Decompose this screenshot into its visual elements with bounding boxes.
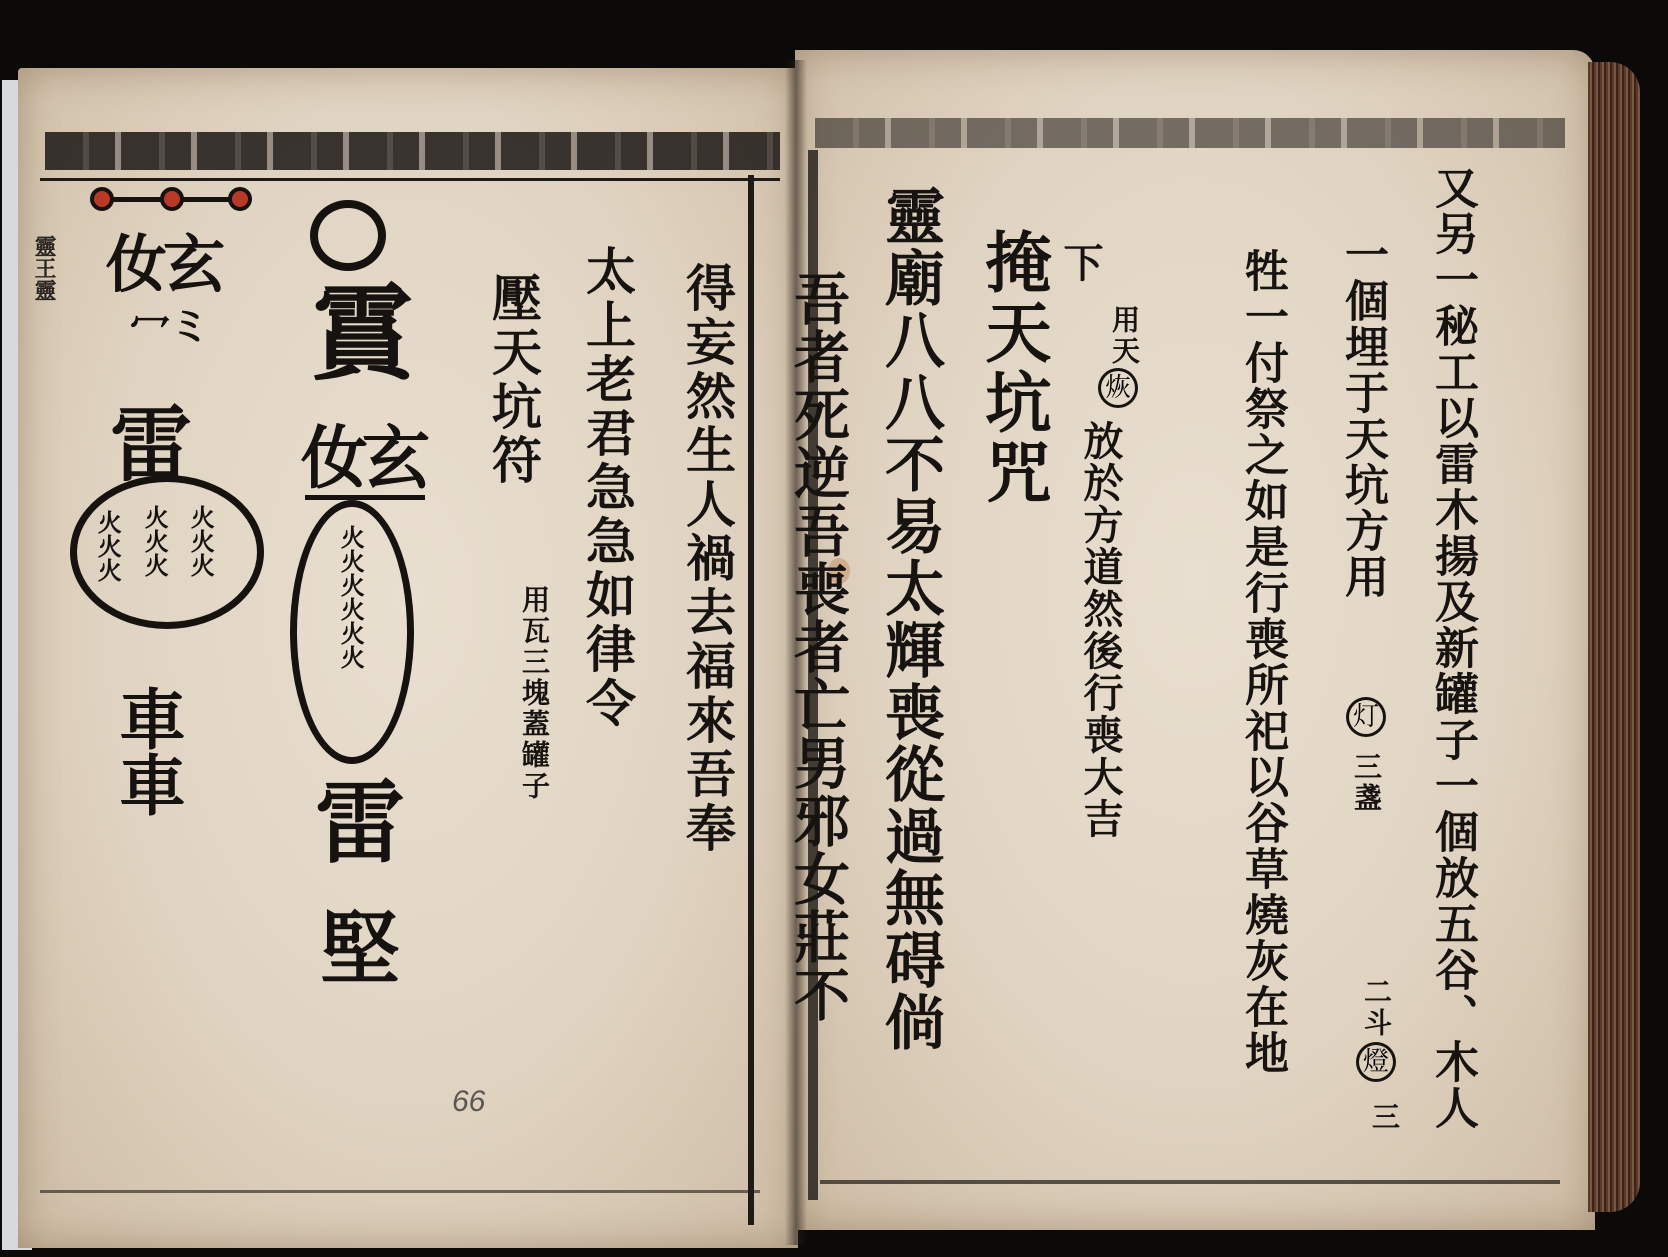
red-dot-icon — [160, 187, 184, 211]
book-spread: 靈王靈 得妄然生人禍去福來吾奉 太上老君急急如律令 壓天坑符 用瓦三塊蓋罐子 霣… — [0, 0, 1668, 1257]
talisman-thunder-glyph: 雷 — [315, 750, 405, 880]
text-column-r4: 下 — [1060, 242, 1100, 286]
talisman-left: 㚢玄 冖ミ 雷 火火火 火火火 火火火 車車 — [60, 185, 280, 1165]
talisman-left-inner: 冖ミ — [130, 295, 210, 352]
text-column-r4-b: 放於方道然後行喪大吉 — [1080, 420, 1120, 920]
talisman-bar — [305, 495, 425, 500]
text-note-r4-a: 用天 — [1110, 305, 1138, 367]
text-column-r2-a: 一個埋于天坑方用 — [1340, 232, 1384, 600]
text-column-r1: 又另一秘工以雷木揚及新罐子一個放五谷、木人 — [1430, 165, 1474, 1165]
text-column-1: 得妄然生人禍去福來吾奉 — [682, 262, 732, 1042]
talisman-left-compound: 㚢玄 — [105, 215, 221, 304]
text-column-r2-c: 二斗 — [1362, 977, 1390, 1039]
cart-glyphs: 車車 — [100, 685, 195, 817]
talisman-title: 壓天坑符 — [488, 272, 538, 572]
circled-glyph-lamp: 灯 — [1346, 697, 1386, 737]
fire-glyphs: 火火火火火火 — [338, 525, 363, 669]
text-column-r6: 靈廟八八不易太輝喪從過無碍倘 — [880, 185, 940, 1145]
left-top-border — [45, 132, 780, 170]
left-top-rule — [40, 178, 780, 181]
fire-glyphs-mid: 火火火 — [142, 505, 167, 577]
talisman-compound: 㚢玄 — [300, 405, 424, 502]
page-number: 66 — [452, 1085, 485, 1119]
text-column-r2: 一個埋于天坑方用 灯 三盞 二斗 燈 三 — [1340, 232, 1400, 1182]
side-label: 靈王靈 — [34, 235, 60, 301]
right-bottom-rule — [820, 1180, 1560, 1184]
text-column-r2-d: 三 — [1370, 1102, 1398, 1133]
incantation-title: 掩天坑咒 — [980, 228, 1046, 568]
circled-glyph-fire: 烣 — [1098, 368, 1138, 408]
red-dot-icon — [228, 187, 252, 211]
fire-glyphs-left: 火火火 — [95, 510, 120, 582]
text-column-r2-b: 三盞 — [1352, 752, 1380, 814]
fire-glyphs-right: 火火火 — [188, 505, 213, 577]
right-top-border — [815, 118, 1565, 148]
text-column-2: 太上老君急急如律令 — [582, 245, 632, 845]
talisman-top-glyph: 霣 — [310, 250, 414, 400]
page-edges — [1588, 62, 1640, 1212]
left-right-rule — [748, 175, 754, 1225]
talisman-note: 用瓦三塊蓋罐子 — [520, 585, 548, 885]
circled-glyph-lamp-2: 燈 — [1356, 1042, 1396, 1082]
talisman-base-glyph: 堅 — [320, 885, 400, 1000]
red-dot-icon — [90, 187, 114, 211]
left-bottom-rule — [40, 1190, 760, 1193]
text-column-r7: 吾者死逆吾喪者亡男邪女莊不 — [790, 270, 846, 1170]
text-column-r3: 牲一付祭之如是行喪所祀以谷草燒灰在地 — [1240, 248, 1284, 1148]
talisman-center: 霣 㚢玄 火火火火火火 雷 堅 — [290, 195, 450, 1155]
